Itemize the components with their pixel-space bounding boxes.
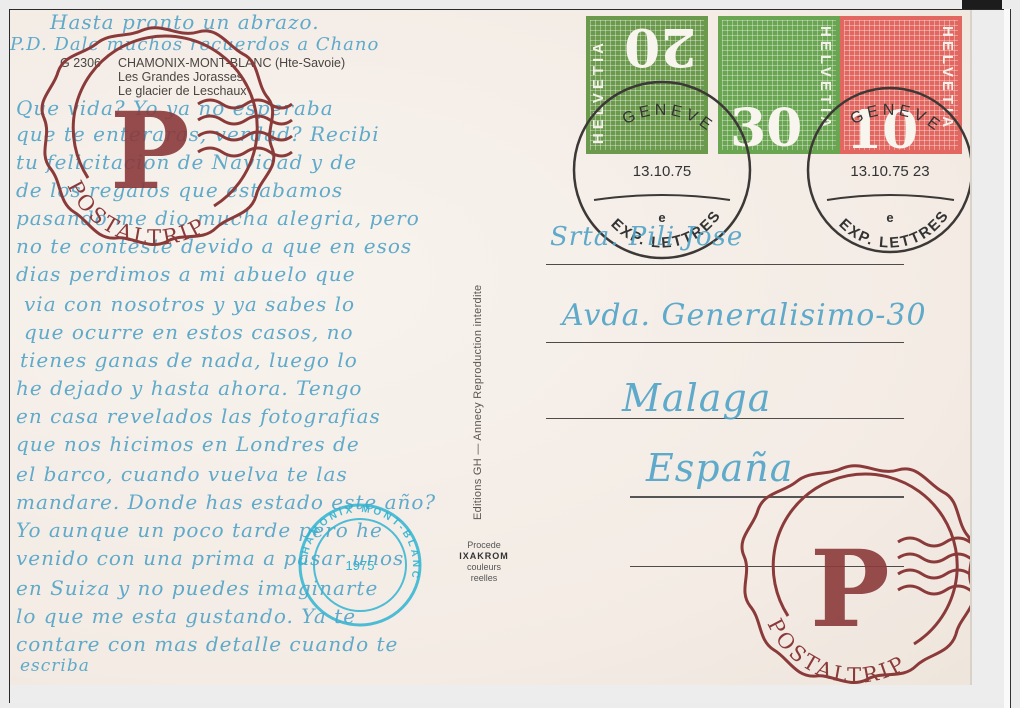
message-line: dias perdimos a mi abuelo que [16, 262, 356, 286]
message-line: el barco, cuando vuelva te las [16, 462, 348, 486]
process-line: Procede [454, 540, 514, 551]
watermark-letter: P [810, 526, 890, 651]
postcard-back: Hasta pronto un abrazo. P.D. Dale muchos… [10, 10, 970, 685]
postaltrip-watermark-icon: P POSTALTRIP [28, 18, 308, 258]
process-line: couleurs [454, 562, 514, 573]
address-line [546, 264, 904, 265]
message-line: he dejado y hasta ahora. Tengo [16, 376, 362, 400]
card-edge [970, 10, 972, 685]
svg-text:GENEVE: GENEVE [848, 102, 946, 136]
postmark-letter: e [886, 210, 893, 225]
process-label: Procede IXAKROM couleurs reelles [454, 540, 514, 584]
address-street: Avda. Generalisimo-30 [562, 298, 927, 333]
address-city: Malaga [622, 376, 771, 420]
message-line: que nos hicimos en Londres de [16, 432, 360, 456]
tourist-cachet-icon: CHAMONIX MONT-BLANC 1975 [295, 500, 425, 630]
scan-edge [1004, 9, 1011, 708]
process-line: reelles [454, 573, 514, 584]
postmark-city: GENEVE [848, 102, 946, 136]
message-line: via con nosotros y ya sabes lo [24, 292, 355, 316]
svg-text:GENEVE: GENEVE [620, 102, 718, 136]
scan-corner [962, 0, 1002, 9]
message-line: en casa revelados las fotografias [16, 404, 381, 428]
cachet-year: 1975 [346, 558, 375, 573]
postmark-date: 13.10.75 23 [850, 163, 929, 180]
postaltrip-watermark-icon: P POSTALTRIP [728, 456, 970, 685]
message-line: que ocurre en estos casos, no [24, 320, 354, 344]
postmark-city: GENEVE [620, 102, 718, 136]
watermark-letter: P [110, 88, 190, 213]
address-name: Srta. Pili Jose [550, 222, 743, 252]
address-line [546, 342, 904, 343]
stamp-value: 20 [624, 16, 696, 77]
message-line: tienes ganas de nada, luego lo [20, 348, 358, 372]
message-line: escriba [20, 656, 90, 676]
svg-text:EXP. LETTRES: EXP. LETTRES [836, 207, 953, 252]
postmark-date: 13.10.75 [633, 163, 691, 180]
postmark-label: EXP. LETTRES [836, 207, 953, 252]
process-brand: IXAKROM [454, 551, 514, 562]
publisher-imprint: Editions GH — Annecy Reproduction interd… [472, 285, 484, 520]
message-line: contare con mas detalle cuando te [16, 632, 398, 656]
